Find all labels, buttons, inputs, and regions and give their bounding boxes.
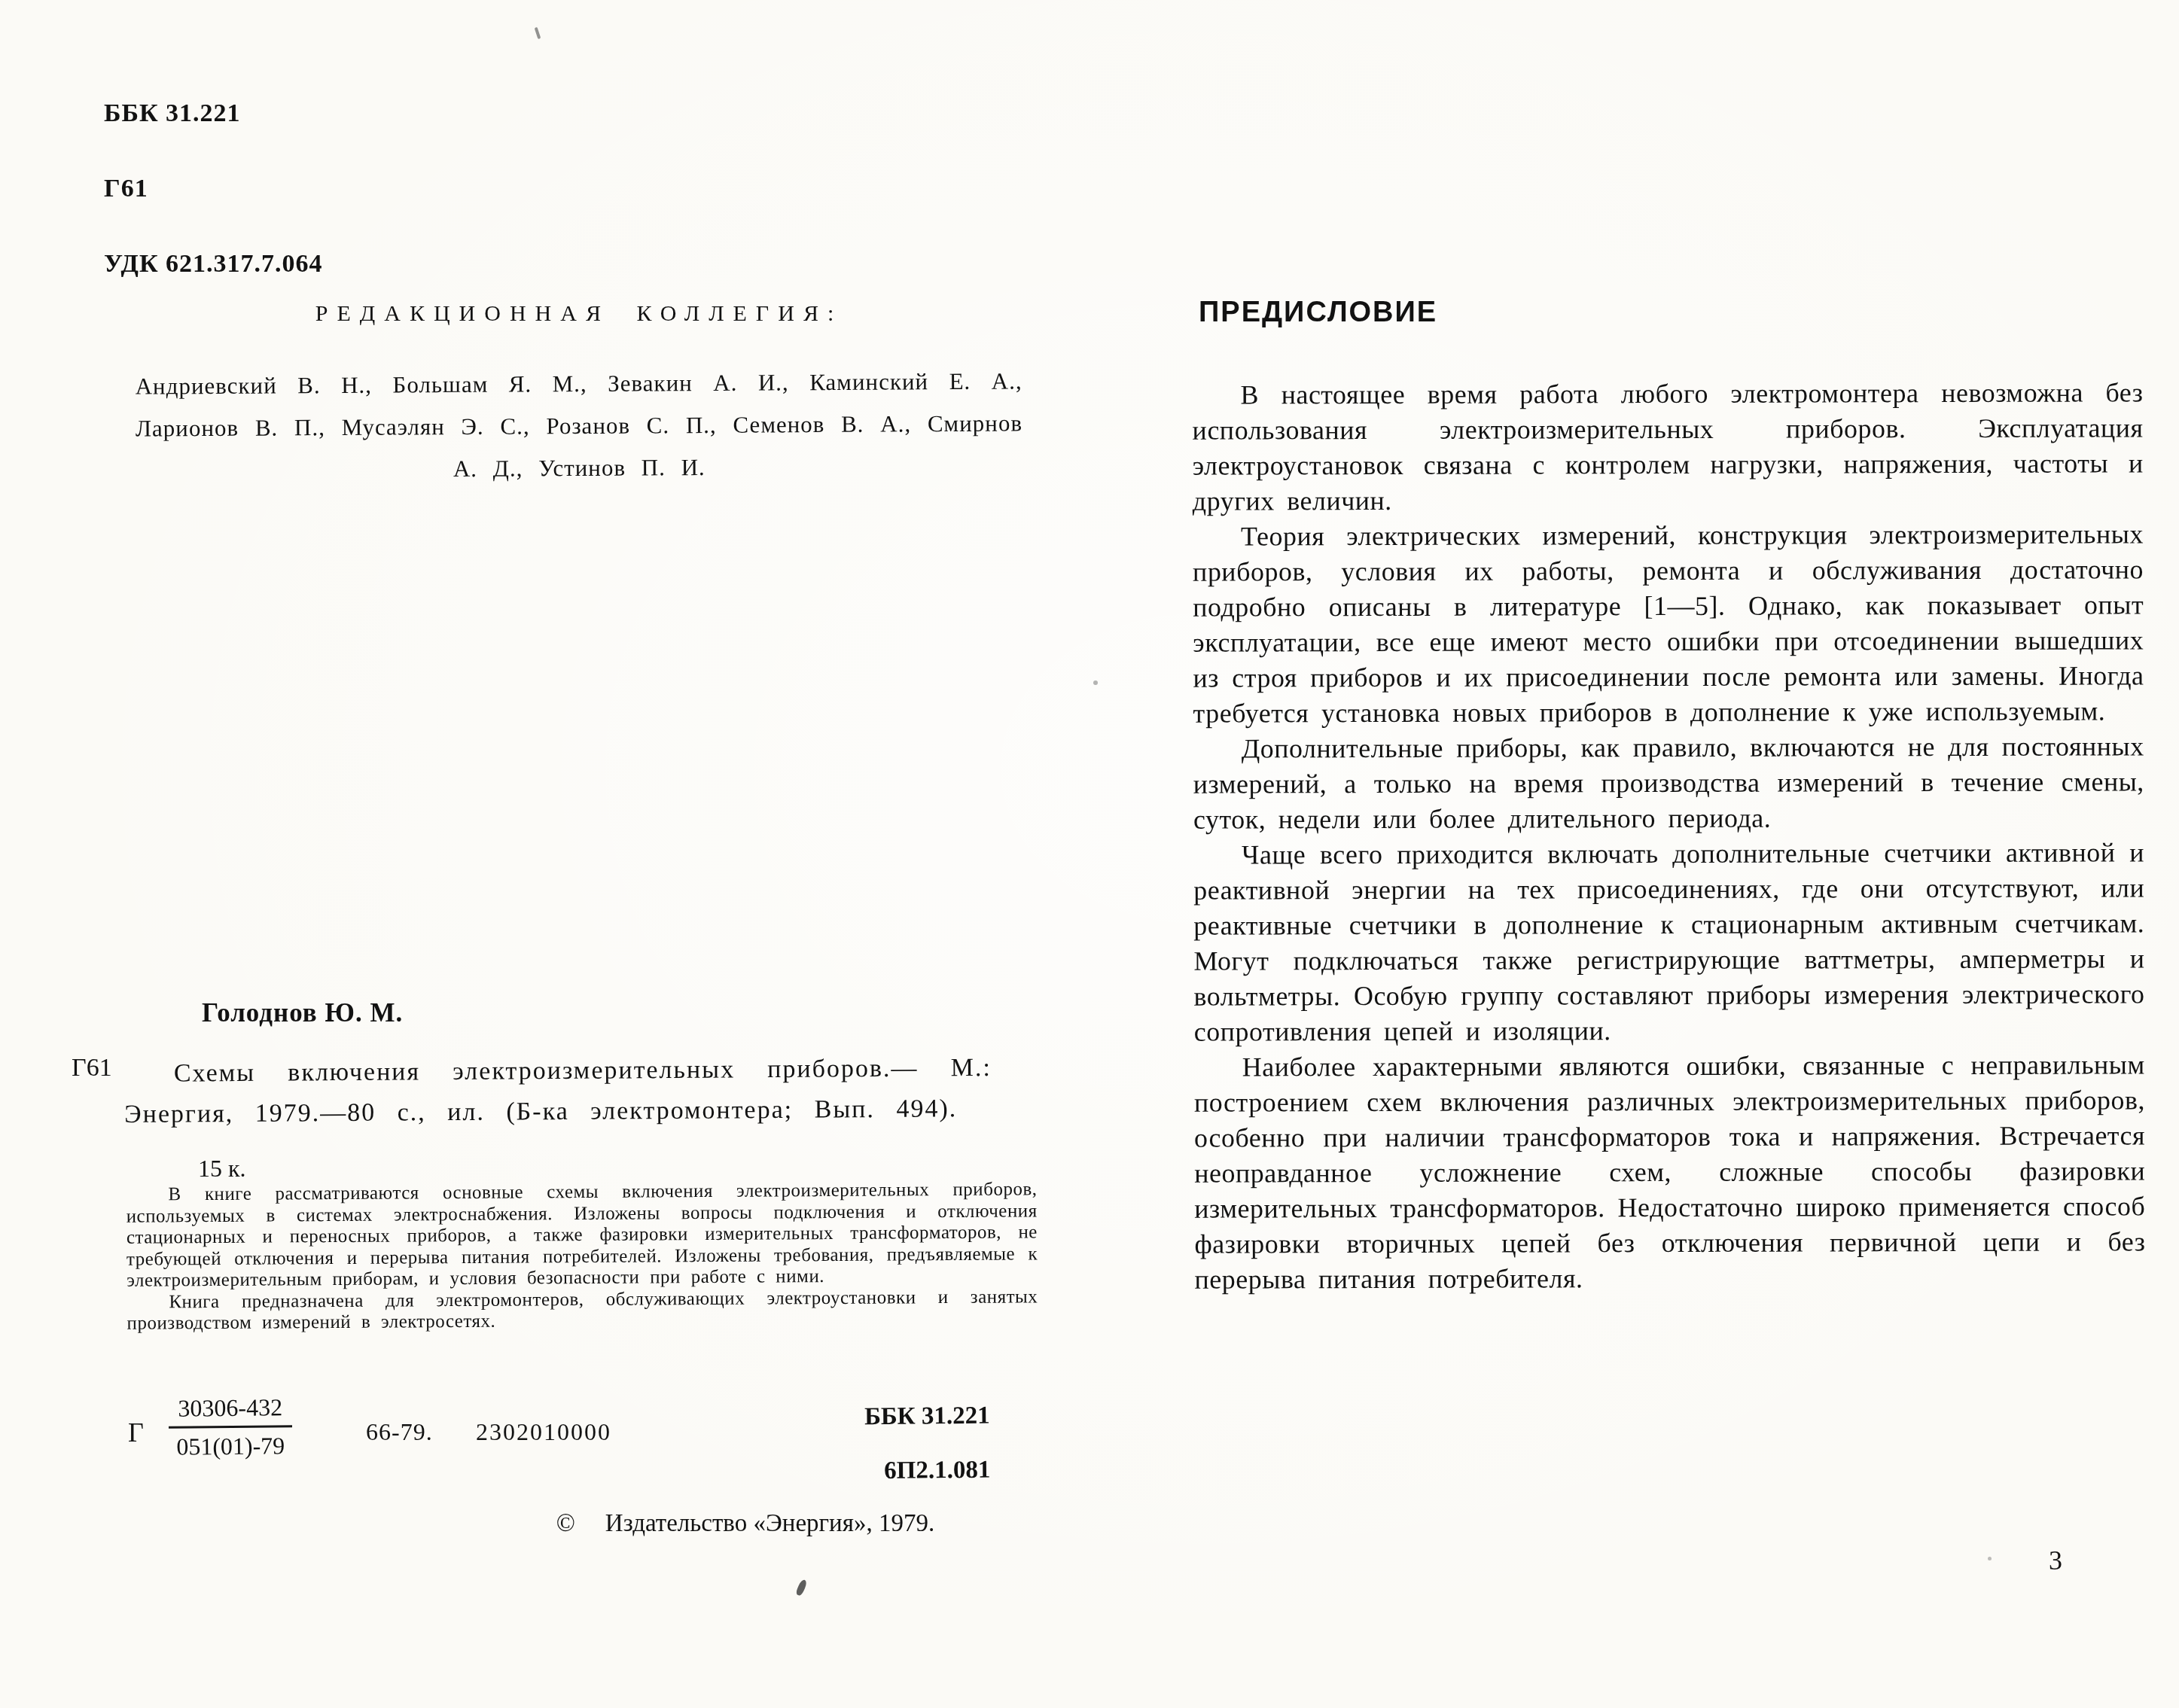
- editorial-board-members: Андриевский В. Н., Большам Я. М., Зеваки…: [135, 360, 1022, 492]
- imprint-classifier-code: 6П2.1.081: [768, 1443, 991, 1499]
- bbk-code: ББК 31.221: [104, 95, 323, 132]
- scan-speck: [795, 1579, 808, 1597]
- fraction-denominator: 051(01)-79: [169, 1425, 292, 1461]
- annotation-paragraph: В книге рассматриваются основные схемы в…: [126, 1179, 1038, 1292]
- editorial-board-heading: РЕДАКЦИОННАЯ КОЛЛЕГИЯ:: [136, 301, 1022, 327]
- catalog-card-description: Схемы включения электроизмерительных при…: [124, 1048, 992, 1135]
- udk-code: УДК 621.317.7.064: [104, 245, 323, 283]
- imprint-classification: ББК 31.221 6П2.1.081: [767, 1389, 990, 1499]
- preface-paragraph: В настоящее время работа любого электром…: [1192, 375, 2143, 519]
- preface-paragraph: Наиболее характерными являются ошибки, с…: [1194, 1047, 2146, 1297]
- page-number: 3: [2029, 1545, 2082, 1576]
- catalog-card-index: Г61: [72, 1054, 112, 1082]
- fraction-numerator: 30306-432: [169, 1393, 292, 1426]
- imprint-bbk-code: ББК 31.221: [767, 1389, 990, 1445]
- copyright-line: © Издательство «Энергия», 1979.: [422, 1510, 1069, 1538]
- catalog-card-annotation: В книге рассматриваются основные схемы в…: [126, 1179, 1038, 1335]
- imprint-letter: Г: [128, 1417, 144, 1448]
- preface-paragraph: Теория электрических измерений, конструк…: [1193, 516, 2144, 731]
- imprint-registration-code: 2302010000: [476, 1418, 611, 1446]
- annotation-paragraph: Книга предназначена для электромонтеров,…: [126, 1286, 1038, 1335]
- preface-paragraph: Чаще всего приходится включать дополните…: [1193, 835, 2145, 1049]
- imprint-catalog-fraction: 30306-432 051(01)-79: [169, 1393, 293, 1461]
- scanned-book-spread: ББК 31.221 Г61 УДК 621.317.7.064 РЕДАКЦИ…: [0, 0, 2179, 1708]
- copyright-text: Издательство «Энергия», 1979.: [605, 1510, 934, 1538]
- scan-speck: [1093, 680, 1098, 685]
- preface-heading: ПРЕДИСЛОВИЕ: [1199, 297, 1437, 329]
- copyright-symbol: ©: [556, 1510, 575, 1538]
- scan-speck: [535, 27, 541, 39]
- catalog-card-author: Голоднов Ю. М.: [202, 998, 403, 1028]
- preface-paragraph: Дополнительные приборы, как правило, вкл…: [1193, 729, 2144, 837]
- preface-body: В настоящее время работа любого электром…: [1192, 375, 2145, 1297]
- catalog-card-price: 15 к.: [198, 1155, 246, 1183]
- imprint-order-code: 66-79.: [366, 1418, 433, 1446]
- bibliographic-codes: ББК 31.221 Г61 УДК 621.317.7.064: [104, 57, 323, 321]
- scan-speck: [1988, 1557, 1992, 1560]
- author-letter-code: Г61: [104, 170, 323, 208]
